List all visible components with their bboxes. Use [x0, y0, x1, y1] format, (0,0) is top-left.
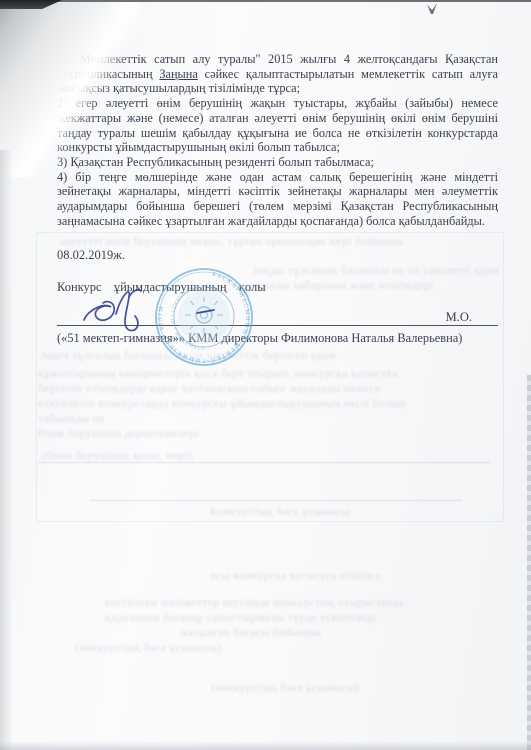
clause-3: 3) Қазақстан Республикасының резиденті б…: [57, 155, 498, 170]
clause-2: 2) егер әлеуетті өнім берушінің жақын ту…: [57, 96, 498, 155]
bleedthrough-text: қаралатын бағалар салыстырмалы түрде есе…: [105, 612, 465, 624]
document-date: 08.02.2019ж.: [57, 248, 125, 263]
bleedthrough-text: (конкурстық баға ұсынысы): [205, 682, 365, 694]
scan-edge-top-wedge: [0, 0, 62, 9]
bleedthrough-text: Заңды тұлғаның басшысы не ол уәкілетті а…: [252, 265, 498, 277]
scan-edge-right: [527, 375, 531, 750]
scan-edge-left: [0, 150, 13, 750]
bleedthrough-text: Конкурстық баға ұсынысы: [185, 506, 375, 518]
bleedthrough-text: енгізілген мәліметтер негізінде конкурст…: [105, 597, 505, 609]
bleedthrough-text: өткізілетін конкурстарда конкурсты ұйымд…: [38, 398, 498, 410]
seal-place-mark: М.О.: [446, 310, 472, 325]
bleedthrough-text: Өнім берушінің деректемелері: [38, 428, 238, 440]
bleedthrough-text: құжаттарының көшірмелерін қоса бере отыр…: [38, 368, 498, 380]
law-reference-underlined: Заңына: [159, 67, 198, 81]
bleedthrough-rule: [38, 462, 490, 463]
scan-edge-bottom: [0, 741, 531, 750]
bleedthrough-text: табылады не: [38, 413, 478, 425]
clause-1: 1) "Мемлекеттік сатып алу туралы" 2015 ж…: [57, 52, 498, 96]
bleedthrough-text: (конкурстық баға ұсынысы): [75, 642, 325, 654]
bleedthrough-text: берілген өтінімдерді қарау хаттамасына с…: [38, 383, 498, 395]
bleedthrough-text: (Өнім берушінің қолы, мөрі): [42, 450, 222, 462]
bleedthrough-text: жазылған бағасы бойынша: [180, 627, 500, 639]
scan-artifact-mark: [427, 3, 437, 14]
clause-4: 4) бір теңге мөлшерінде және одан астам …: [57, 170, 498, 229]
scanned-document-page: әлеуетті өнім берушінің мекен, тұрған ор…: [0, 0, 531, 750]
bleedthrough-text: осы конкурсқа қатысуға өтінім қабылданға…: [210, 570, 380, 582]
scan-edge-top: [0, 0, 531, 2]
document-body: 1) "Мемлекеттік сатып алу туралы" 2015 ж…: [57, 52, 498, 228]
bleedthrough-rule: [90, 500, 462, 501]
bleedthrough-text: туралы хабарлама және өтінімдері: [252, 280, 452, 292]
bleedthrough-text: әлеуетті өнім берушінің мекен, тұрған ор…: [60, 236, 410, 248]
handwritten-signature: [78, 282, 238, 344]
